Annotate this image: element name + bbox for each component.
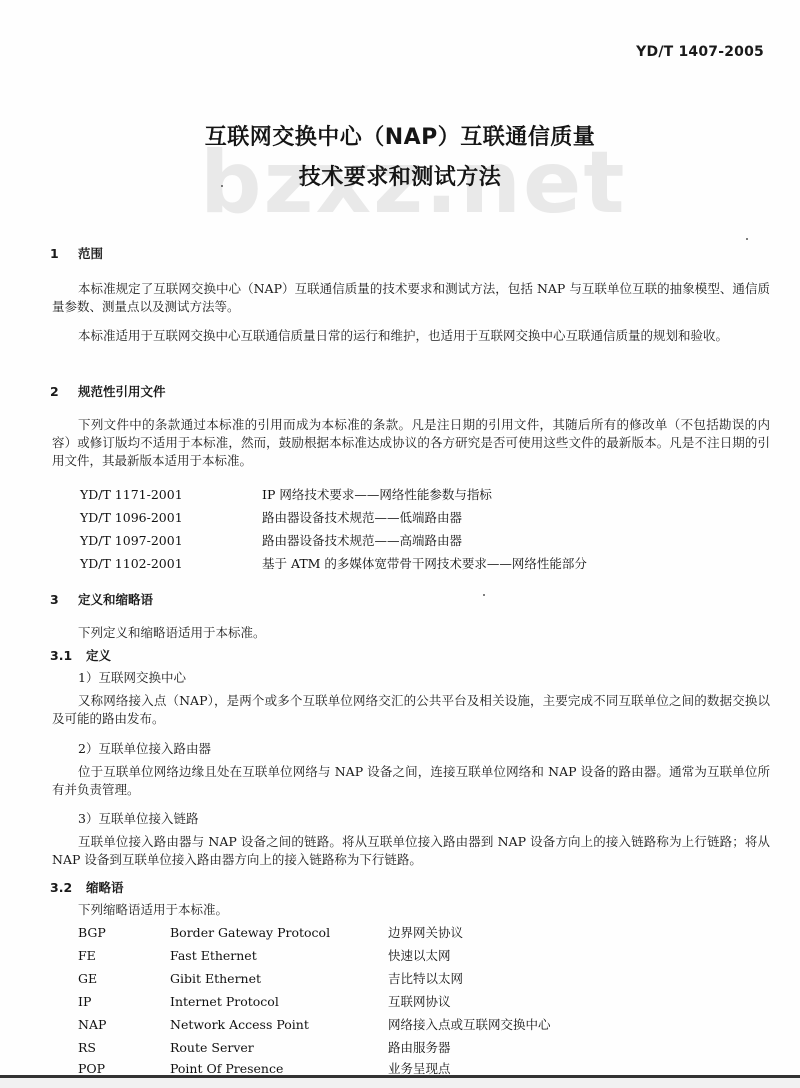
abbreviation-chinese: 快速以太网 bbox=[388, 948, 451, 963]
reference-row: YD/T 1171-2001IP 网络技术要求——网络性能参数与指标 bbox=[80, 486, 492, 504]
page-bottom-shade bbox=[0, 1078, 800, 1088]
abbreviation: IP bbox=[78, 993, 170, 1011]
abbreviation-row: GEGibit Ethernet吉比特以太网 bbox=[78, 970, 463, 988]
definition-text: 又称网络接入点（NAP），是两个或多个互联单位网络交汇的公共平台及相关设施，主要… bbox=[52, 692, 770, 728]
abbreviation: NAP bbox=[78, 1016, 170, 1034]
abbreviation-full: Internet Protocol bbox=[170, 993, 388, 1011]
abbreviation-chinese: 业务呈现点 bbox=[388, 1061, 451, 1076]
reference-code: YD/T 1097-2001 bbox=[80, 532, 262, 550]
document-title-line-2: 技术要求和测试方法 bbox=[0, 160, 800, 191]
standard-code: YD/T 1407-2005 bbox=[636, 44, 764, 60]
abbreviation-chinese: 互联网协议 bbox=[388, 994, 451, 1009]
abbreviation-row: NAPNetwork Access Point网络接入点或互联网交换中心 bbox=[78, 1016, 551, 1034]
section-title: 规范性引用文件 bbox=[78, 384, 166, 399]
abbreviations-intro: 下列缩略语适用于本标准。 bbox=[78, 901, 228, 919]
scan-speck bbox=[483, 594, 485, 596]
reference-title: 路由器设备技术规范——低端路由器 bbox=[262, 510, 462, 525]
document-page: YD/T 1407-2005 bzxz.net 互联网交换中心（NAP）互联通信… bbox=[0, 0, 800, 1088]
abbreviation-full: Fast Ethernet bbox=[170, 947, 388, 965]
subsection-3-2-heading: 3.2缩略语 bbox=[50, 879, 124, 897]
abbreviation-chinese: 边界网关协议 bbox=[388, 925, 463, 940]
section-number: 2 bbox=[50, 383, 78, 401]
abbreviation: GE bbox=[78, 970, 170, 988]
section-1-heading: 1范围 bbox=[50, 245, 103, 263]
section-1-paragraph-2: 本标准适用于互联网交换中心互联通信质量日常的运行和维护，也适用于互联网交换中心互… bbox=[52, 327, 770, 345]
abbreviation-chinese: 吉比特以太网 bbox=[388, 971, 463, 986]
abbreviation: FE bbox=[78, 947, 170, 965]
abbreviation-chinese: 路由服务器 bbox=[388, 1040, 451, 1055]
abbreviation-chinese: 网络接入点或互联网交换中心 bbox=[388, 1017, 551, 1032]
section-title: 范围 bbox=[78, 246, 103, 261]
reference-row: YD/T 1096-2001路由器设备技术规范——低端路由器 bbox=[80, 509, 462, 527]
abbreviation-row: FEFast Ethernet快速以太网 bbox=[78, 947, 451, 965]
reference-title: 基于 ATM 的多媒体宽带骨干网技术要求——网络性能部分 bbox=[262, 556, 587, 571]
abbreviation-row: POPPoint Of Presence业务呈现点 bbox=[78, 1060, 451, 1078]
subsection-number: 3.2 bbox=[50, 879, 86, 897]
section-number: 1 bbox=[50, 245, 78, 263]
document-title-line-1: 互联网交换中心（NAP）互联通信质量 bbox=[0, 120, 800, 151]
section-1-paragraph-1: 本标准规定了互联网交换中心（NAP）互联通信质量的技术要求和测试方法，包括 NA… bbox=[52, 280, 770, 316]
reference-title: IP 网络技术要求——网络性能参数与指标 bbox=[262, 487, 492, 502]
section-2-heading: 2规范性引用文件 bbox=[50, 383, 166, 401]
section-2-paragraph: 下列文件中的条款通过本标准的引用而成为本标准的条款。凡是注日期的引用文件，其随后… bbox=[52, 416, 770, 470]
reference-row: YD/T 1097-2001路由器设备技术规范——高端路由器 bbox=[80, 532, 462, 550]
section-3-intro: 下列定义和缩略语适用于本标准。 bbox=[78, 624, 266, 642]
abbreviation-full: Route Server bbox=[170, 1039, 388, 1057]
scan-speck bbox=[746, 238, 748, 240]
reference-code: YD/T 1171-2001 bbox=[80, 486, 262, 504]
subsection-title: 缩略语 bbox=[86, 880, 124, 895]
section-title: 定义和缩略语 bbox=[78, 592, 153, 607]
abbreviation-full: Point Of Presence bbox=[170, 1060, 388, 1078]
definition-text: 互联单位接入路由器与 NAP 设备之间的链路。将从互联单位接入路由器到 NAP … bbox=[52, 833, 770, 869]
reference-row: YD/T 1102-2001基于 ATM 的多媒体宽带骨干网技术要求——网络性能… bbox=[80, 555, 587, 573]
abbreviation-full: Gibit Ethernet bbox=[170, 970, 388, 988]
section-3-heading: 3定义和缩略语 bbox=[50, 591, 153, 609]
section-number: 3 bbox=[50, 591, 78, 609]
abbreviation: RS bbox=[78, 1039, 170, 1057]
subsection-number: 3.1 bbox=[50, 647, 86, 665]
abbreviation: BGP bbox=[78, 924, 170, 942]
subsection-3-1-heading: 3.1定义 bbox=[50, 647, 111, 665]
reference-code: YD/T 1096-2001 bbox=[80, 509, 262, 527]
abbreviation-full: Network Access Point bbox=[170, 1016, 388, 1034]
abbreviation-full: Border Gateway Protocol bbox=[170, 924, 388, 942]
abbreviation-row: RSRoute Server路由服务器 bbox=[78, 1039, 451, 1057]
definition-label: 1）互联网交换中心 bbox=[78, 669, 186, 687]
abbreviation: POP bbox=[78, 1060, 170, 1078]
subsection-title: 定义 bbox=[86, 648, 111, 663]
definition-label: 2）互联单位接入路由器 bbox=[78, 740, 211, 758]
abbreviation-row: IPInternet Protocol互联网协议 bbox=[78, 993, 451, 1011]
definition-label: 3）互联单位接入链路 bbox=[78, 810, 198, 828]
abbreviation-row: BGPBorder Gateway Protocol边界网关协议 bbox=[78, 924, 463, 942]
reference-code: YD/T 1102-2001 bbox=[80, 555, 262, 573]
definition-text: 位于互联单位网络边缘且处在互联单位网络与 NAP 设备之间，连接互联单位网络和 … bbox=[52, 763, 770, 799]
reference-title: 路由器设备技术规范——高端路由器 bbox=[262, 533, 462, 548]
